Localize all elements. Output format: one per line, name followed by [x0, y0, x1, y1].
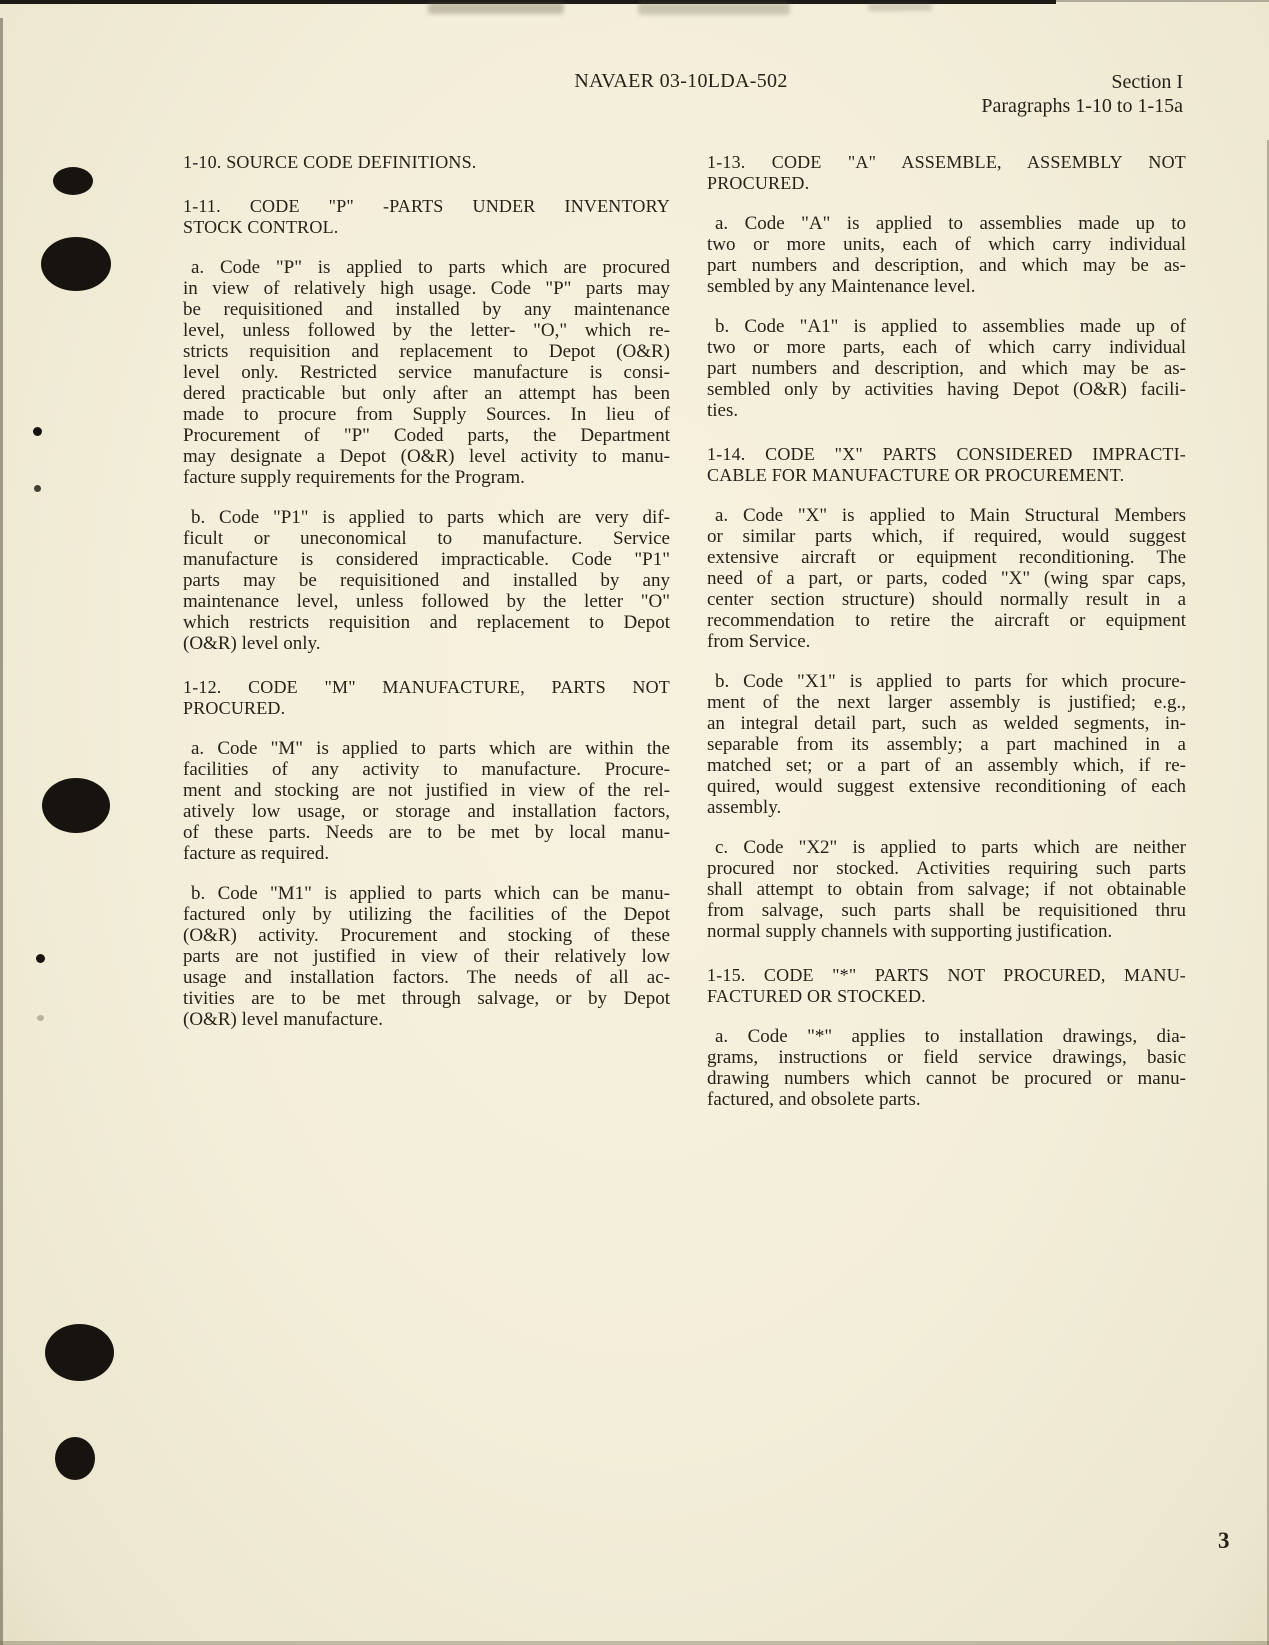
- paragraph-line: a. Code "X" is applied to Main Structura…: [707, 505, 1186, 526]
- punch-hole-mark: [42, 778, 110, 833]
- heading-line: 1-12. CODE "M" MANUFACTURE, PARTS NOT: [183, 677, 670, 698]
- bleed-through-smudge: [638, 2, 790, 15]
- paragraph-line: procured nor stocked. Activities requiri…: [707, 858, 1186, 879]
- paragraph-line: assembly.: [707, 797, 1186, 818]
- heading-line: 1-13. CODE "A" ASSEMBLE, ASSEMBLY NOT: [707, 152, 1186, 173]
- heading-line: CABLE FOR MANUFACTURE OR PROCUREMENT.: [707, 465, 1186, 486]
- paragraph-line: facture supply requirements for the Prog…: [183, 467, 670, 488]
- heading-line: 1-14. CODE "X" PARTS CONSIDERED IMPRACTI…: [707, 444, 1186, 465]
- paragraph-line: (O&R) activity. Procurement and stocking…: [183, 925, 670, 946]
- paragraph-line: matched set; or a part of an assembly wh…: [707, 755, 1186, 776]
- paragraph-line: part numbers and description, and which …: [707, 358, 1186, 379]
- paragraph-line: two or more parts, each of which carry i…: [707, 337, 1186, 358]
- heading-line: STOCK CONTROL.: [183, 217, 670, 238]
- paragraph-line: ficult or uneconomical to manufacture. S…: [183, 528, 670, 549]
- paragraph-line: b. Code "P1" is applied to parts which a…: [183, 507, 670, 528]
- paragraph-line: b. Code "X1" is applied to parts for whi…: [707, 671, 1186, 692]
- paragraph-line: be requisitioned and installed by any ma…: [183, 299, 670, 320]
- paragraph-line: may designate a Depot (O&R) level activi…: [183, 446, 670, 467]
- paragraph-line: ment of the next larger assembly is just…: [707, 692, 1186, 713]
- paragraph-line: (O&R) level manufacture.: [183, 1009, 670, 1030]
- paragraph-line: atively low usage, or storage and instal…: [183, 801, 670, 822]
- heading-line: 1-15. CODE "*" PARTS NOT PROCURED, MANU-: [707, 965, 1186, 986]
- text-column-right: 1-13. CODE "A" ASSEMBLE, ASSEMBLY NOTPRO…: [707, 152, 1186, 1110]
- paragraph-line: grams, instructions or field service dra…: [707, 1047, 1186, 1068]
- paragraph-line: facture as required.: [183, 843, 670, 864]
- paragraph-line: drawing numbers which cannot be procured…: [707, 1068, 1186, 1089]
- scan-edge-top-right: [1056, 0, 1269, 2]
- paragraph-line: of these parts. Needs are to be met by l…: [183, 822, 670, 843]
- punch-hole-mark: [41, 237, 111, 291]
- document-page: { "header": { "doc_number": "NAVAER 03-1…: [0, 0, 1269, 1645]
- paragraph-line: quired, would suggest extensive recondit…: [707, 776, 1186, 797]
- paragraph-line: normal supply channels with supporting j…: [707, 921, 1186, 942]
- heading-line: 1-11. CODE "P" -PARTS UNDER INVENTORY: [183, 196, 670, 217]
- paragraph-line: center section structure) should normall…: [707, 589, 1186, 610]
- paragraph-line: ties.: [707, 400, 1186, 421]
- paragraph-line: two or more units, each of which carry i…: [707, 234, 1186, 255]
- paragraph-line: facilities of any activity to manufactur…: [183, 759, 670, 780]
- paragraph-line: a. Code "*" applies to installation draw…: [707, 1026, 1186, 1047]
- ink-speck: [33, 427, 42, 436]
- section-heading: 1-10. SOURCE CODE DEFINITIONS.: [183, 152, 670, 173]
- paragraph-line: factured only by utilizing the facilitie…: [183, 904, 670, 925]
- paragraph: a. Code "*" applies to installation draw…: [707, 1026, 1186, 1110]
- paragraph-line: which restricts requisition and replacem…: [183, 612, 670, 633]
- bleed-through-smudge: [868, 3, 932, 11]
- header-doc-number: NAVAER 03-10LDA-502: [574, 70, 787, 93]
- header-section: Section I: [981, 70, 1183, 94]
- paragraph: a. Code "X" is applied to Main Structura…: [707, 505, 1186, 652]
- paragraph: b. Code "A1" is applied to assemblies ma…: [707, 316, 1186, 421]
- heading-line: 1-10. SOURCE CODE DEFINITIONS.: [183, 152, 670, 173]
- bleed-through-smudge: [428, 2, 564, 14]
- paragraph-line: maintenance level, unless followed by th…: [183, 591, 670, 612]
- section-heading: 1-13. CODE "A" ASSEMBLE, ASSEMBLY NOTPRO…: [707, 152, 1186, 194]
- paragraph-line: recommendation to retire the aircraft or…: [707, 610, 1186, 631]
- paragraph: a. Code "M" is applied to parts which ar…: [183, 738, 670, 864]
- scan-edge-left: [0, 18, 3, 1645]
- paragraph-line: an integral detail part, such as welded …: [707, 713, 1186, 734]
- paragraph-line: ment and stocking are not justified in v…: [183, 780, 670, 801]
- section-heading: 1-14. CODE "X" PARTS CONSIDERED IMPRACTI…: [707, 444, 1186, 486]
- header-right-block: Section I Paragraphs 1-10 to 1-15a: [981, 70, 1183, 118]
- paragraph-line: part numbers and description, and which …: [707, 255, 1186, 276]
- paragraph-line: sembled only by activities having Depot …: [707, 379, 1186, 400]
- paragraph-line: c. Code "X2" is applied to parts which a…: [707, 837, 1186, 858]
- paragraph-line: tivities are to be met through salvage, …: [183, 988, 670, 1009]
- paragraph-line: extensive aircraft or equipment recondit…: [707, 547, 1186, 568]
- scan-edge-bottom: [0, 1641, 1269, 1645]
- paragraph-line: made to procure from Supply Sources. In …: [183, 404, 670, 425]
- paragraph-line: parts may be requisitioned and installed…: [183, 570, 670, 591]
- heading-line: PROCURED.: [183, 698, 670, 719]
- page-number: 3: [1218, 1528, 1230, 1554]
- text-column-left: 1-10. SOURCE CODE DEFINITIONS.1-11. CODE…: [183, 152, 670, 1030]
- ink-speck: [36, 954, 45, 963]
- section-heading: 1-12. CODE "M" MANUFACTURE, PARTS NOTPRO…: [183, 677, 670, 719]
- paragraph-line: from Service.: [707, 631, 1186, 652]
- punch-hole-mark: [53, 167, 93, 195]
- paragraph-line: manufacture is considered impracticable.…: [183, 549, 670, 570]
- paragraph-line: b. Code "A1" is applied to assemblies ma…: [707, 316, 1186, 337]
- paragraph-line: shall attempt to obtain from salvage; if…: [707, 879, 1186, 900]
- heading-line: FACTURED OR STOCKED.: [707, 986, 1186, 1007]
- paragraph: c. Code "X2" is applied to parts which a…: [707, 837, 1186, 942]
- paragraph: b. Code "X1" is applied to parts for whi…: [707, 671, 1186, 818]
- paragraph-line: need of a part, or parts, coded "X" (win…: [707, 568, 1186, 589]
- header-paragraph-range: Paragraphs 1-10 to 1-15a: [981, 94, 1183, 118]
- paragraph: a. Code "P" is applied to parts which ar…: [183, 257, 670, 488]
- paragraph-line: a. Code "M" is applied to parts which ar…: [183, 738, 670, 759]
- punch-hole-mark: [45, 1324, 114, 1381]
- paragraph-line: Procurement of "P" Coded parts, the Depa…: [183, 425, 670, 446]
- paragraph-line: from salvage, such parts shall be requis…: [707, 900, 1186, 921]
- paragraph-line: level only. Restricted service manufactu…: [183, 362, 670, 383]
- paragraph: b. Code "P1" is applied to parts which a…: [183, 507, 670, 654]
- paragraph-line: sembled by any Maintenance level.: [707, 276, 1186, 297]
- paragraph-line: parts are not justified in view of their…: [183, 946, 670, 967]
- paragraph-line: in view of relatively high usage. Code "…: [183, 278, 670, 299]
- paragraph-line: or similar parts which, if required, wou…: [707, 526, 1186, 547]
- paragraph: a. Code "A" is applied to assemblies mad…: [707, 213, 1186, 297]
- section-heading: 1-15. CODE "*" PARTS NOT PROCURED, MANU-…: [707, 965, 1186, 1007]
- ink-speck: [37, 1015, 44, 1021]
- paragraph-line: a. Code "A" is applied to assemblies mad…: [707, 213, 1186, 234]
- paragraph-line: a. Code "P" is applied to parts which ar…: [183, 257, 670, 278]
- paragraph-line: separable from its assembly; a part mach…: [707, 734, 1186, 755]
- ink-speck: [34, 485, 41, 492]
- paragraph-line: dered practicable but only after an atte…: [183, 383, 670, 404]
- paragraph-line: b. Code "M1" is applied to parts which c…: [183, 883, 670, 904]
- section-heading: 1-11. CODE "P" -PARTS UNDER INVENTORYSTO…: [183, 196, 670, 238]
- paragraph-line: stricts requisition and replacement to D…: [183, 341, 670, 362]
- paragraph-line: (O&R) level only.: [183, 633, 670, 654]
- paragraph-line: factured, and obsolete parts.: [707, 1089, 1186, 1110]
- punch-hole-mark: [55, 1437, 95, 1480]
- paragraph-line: usage and installation factors. The need…: [183, 967, 670, 988]
- paragraph-line: level, unless followed by the letter- "O…: [183, 320, 670, 341]
- heading-line: PROCURED.: [707, 173, 1186, 194]
- paragraph: b. Code "M1" is applied to parts which c…: [183, 883, 670, 1030]
